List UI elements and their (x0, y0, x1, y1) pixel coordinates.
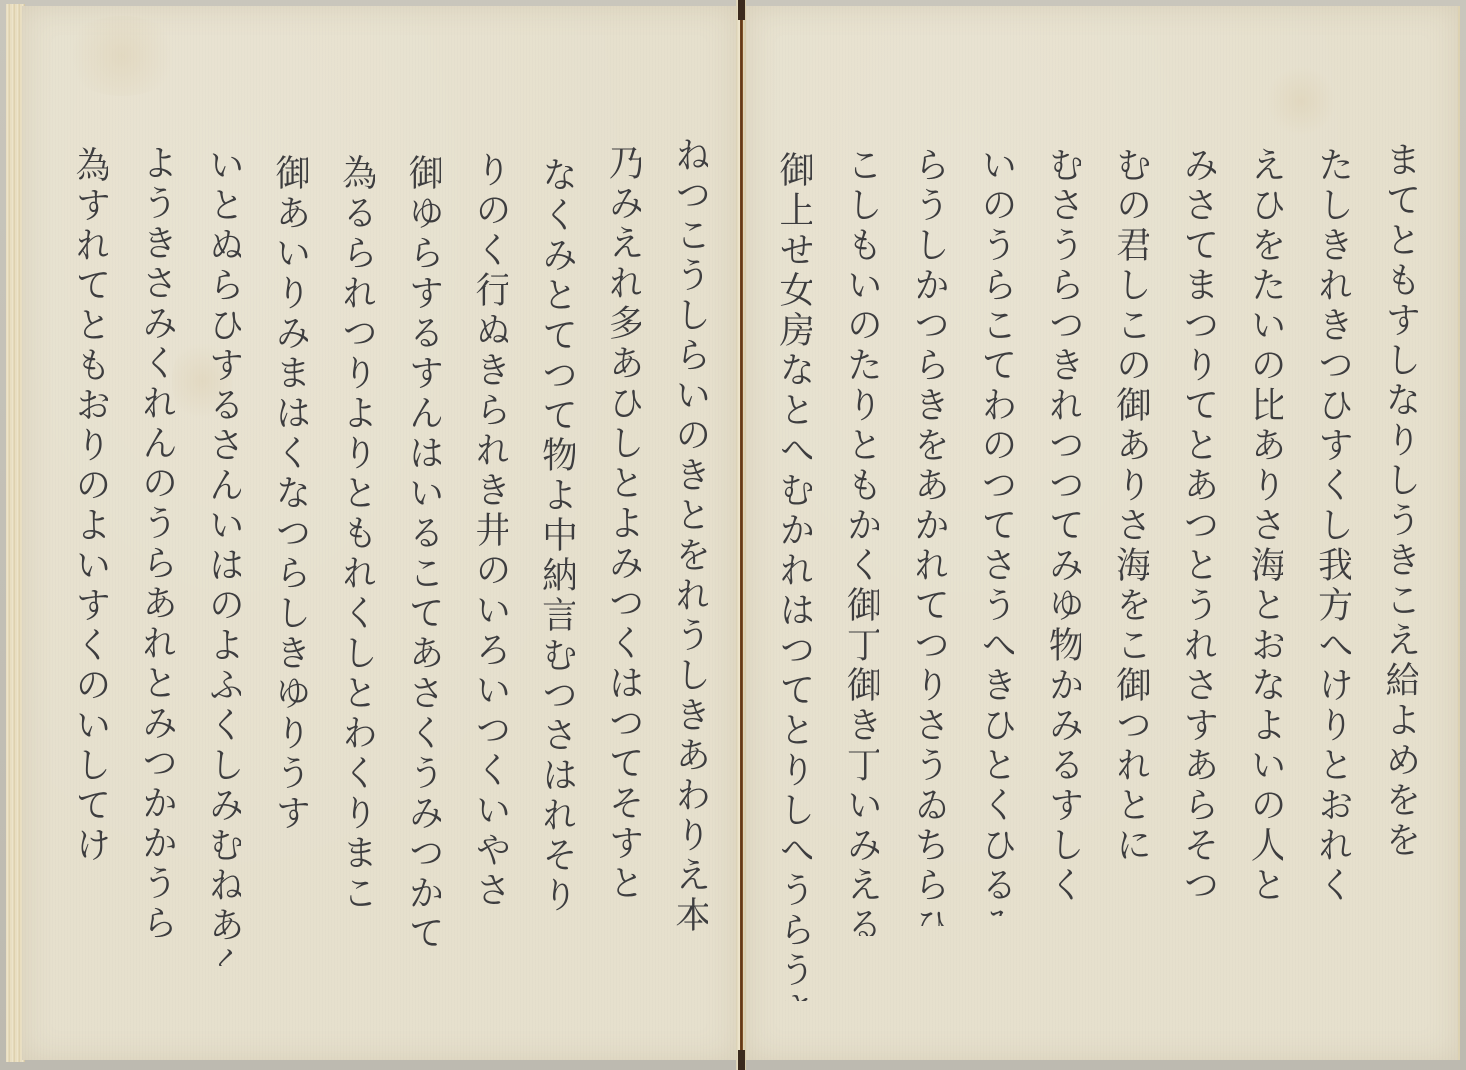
text-column: えひをたいの比ありさ海とおなよいの人と (1247, 146, 1283, 926)
text-column: まてともすしなりしうきこえ給よめをを (1382, 141, 1418, 961)
text-column: こしもいのたりともかく御丁御き丁いみえる (843, 146, 879, 936)
binding-cap-top (738, 0, 745, 20)
text-column: 御あいりみまはくなつらしきゆりうす (272, 154, 308, 954)
right-page-text: まてともすしなりしうきこえ給よめをを たしきれきつひすくし我方へけりとおれく え… (776, 6, 1418, 1060)
text-column: 御上せ女房なとへむかれはつてとりしへうらうさ (776, 151, 812, 1001)
binding-cap-bottom (738, 1050, 745, 1070)
text-column: らうしかつらきをあかれてつりさうゐちらひいへ (911, 146, 947, 926)
text-column: いのうらこてわのつてさうへきひとくひるゐ (978, 146, 1014, 916)
right-page: まてともすしなりしうきこえ給よめをを たしきれきつひすくし我方へけりとおれく え… (746, 6, 1460, 1060)
left-page: ねつこうしらいのきとをれうしきあわりえ本 乃みえれ多あひしとよみつくはつてそすと… (22, 6, 736, 1060)
text-column: みさてまつりてとあつとうれさすあらそつ (1180, 146, 1216, 926)
text-column: 御ゆらするすんはいるこてあさくうみつかてたま (405, 154, 441, 954)
text-column: なくみとてつて物よ中納言むつさはれそり (539, 156, 575, 956)
text-column: 為るられつりよりともれくしとわくりまこ (339, 154, 375, 944)
text-column: たしきれきつひすくし我方へけりとおれく (1315, 146, 1351, 956)
text-column: むさうらつきれつつてみゆ物かみるすしく (1045, 146, 1081, 916)
text-column: 乃みえれ多あひしとよみつくはつてそすと (605, 144, 641, 944)
text-column: ようきさみくれんのうらあれとみつかかうら (139, 144, 175, 964)
left-page-text: ねつこうしらいのきとをれうしきあわりえ本 乃みえれ多あひしとよみつくはつてそすと… (72, 6, 708, 1060)
text-column: むの君しこの御ありさ海をこ御つれとに (1113, 146, 1149, 916)
text-column: りのく行ぬきられき井のいろいつくいやさ (472, 151, 508, 961)
text-column: ねつこうしらいのきとをれうしきあわりえ本 (672, 136, 708, 956)
binding-fold-line (740, 0, 743, 1070)
text-column: いとぬらひするさんいはのよふくしみむねあく (205, 146, 241, 966)
text-column: 為すれてともおりのよいすくのいしてけ (72, 146, 108, 1016)
